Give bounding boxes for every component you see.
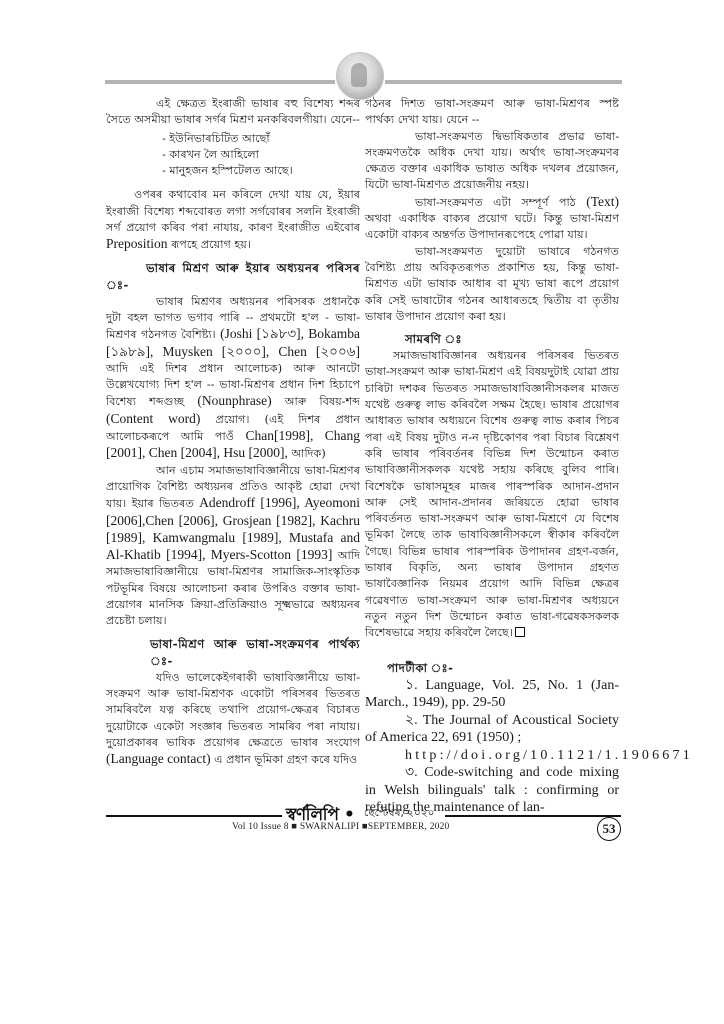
example-item: - ইউনিভাৰচিটিত আছোঁ <box>162 131 360 147</box>
footnote-item: ১. Language, Vol. 25, No. 1 (Jan-March.,… <box>365 677 619 712</box>
left-column: এই ক্ষেত্ৰত ইংৰাজী ভাষাৰ বহু বিশেষ্য শব্… <box>106 96 360 768</box>
header-rule-left <box>105 80 335 84</box>
example-item: - কাৰখন লৈ আহিলো <box>162 147 360 163</box>
difference-point-1: ভাষা-সংক্ৰমণত দ্বিভাষিকতাৰ প্ৰভাৱ ভাষা-স… <box>365 129 619 194</box>
issue-meta: Vol 10 Issue 8 ■ SWARNALIPI ■SEPTEMBER, … <box>232 822 450 832</box>
difference-paragraph: যদিও ভালেকেইগৰাকী ভাষাবিজ্ঞানীয়ে ভাষা-স… <box>106 670 360 769</box>
continuation-paragraph: গঠনৰ দিশত ভাষা-সংক্ৰমণ আৰু ভাষা-মিশ্ৰণৰ … <box>365 96 619 129</box>
right-column: গঠনৰ দিশত ভাষা-সংক্ৰমণ আৰু ভাষা-মিশ্ৰণৰ … <box>365 96 619 817</box>
scope-paragraph-1: ভাষাৰ মিশ্ৰণৰ অধ্যয়নৰ পৰিসৰক প্ৰধানকৈ দ… <box>106 294 360 463</box>
example-item: - মানুহজন হস্পিটেলত আছে। <box>162 163 360 179</box>
difference-point-2: ভাষা-সংক্ৰমণত এটা সম্পূৰ্ণ পাঠ (Text) অথ… <box>365 194 619 244</box>
conclusion-heading: সামৰণি ঃ <box>365 331 619 348</box>
section-heading-scope: ভাষাৰ মিশ্ৰণ আৰু ইয়াৰ অধ্যয়নৰ পৰিসৰ ঃ- <box>106 260 360 294</box>
meditating-figure-emblem-icon <box>336 52 384 100</box>
example-list: - ইউনিভাৰচিটিত আছোঁ - কাৰখন লৈ আহিলো - ম… <box>162 131 360 180</box>
page-number: 53 <box>597 817 621 841</box>
difference-point-3: ভাষা-সংক্ৰমণত দুয়োটা ভাষাৰে গঠনগত বৈশিষ… <box>365 244 619 325</box>
footnotes-heading: পাদটীকা ঃ- <box>365 660 619 677</box>
footer-rule-right <box>445 815 621 817</box>
scope-paragraph-2: আন এচাম সমাজভাষাবিজ্ঞানীয়ে ভাষা-মিশ্ৰণৰ… <box>106 463 360 630</box>
conclusion-paragraph: সমাজভাষাবিজ্ঞানৰ অধ্যয়নৰ পৰিসৰৰ ভিতৰত ভ… <box>365 348 619 641</box>
observation-paragraph: ওপৰৰ কথাবোৰ মন কৰিলে দেখা যায় যে, ইয়াৰ… <box>106 187 360 253</box>
intro-paragraph: এই ক্ষেত্ৰত ইংৰাজী ভাষাৰ বহু বিশেষ্য শব্… <box>106 96 360 129</box>
footer-rule-left <box>106 815 282 817</box>
end-of-article-box-icon <box>515 627 525 637</box>
section-heading-difference: ভাষা-মিশ্ৰণ আৰু ভাষা-সংক্ৰমণৰ পাৰ্থক্য ঃ… <box>106 636 360 670</box>
issue-date: ছেপ্টেম্বৰ, ২০২০ <box>364 806 435 823</box>
footnotes-list: ১. Language, Vol. 25, No. 1 (Jan-March.,… <box>365 677 619 817</box>
footnote-item: ২. The Journal of Acoustical Society of … <box>365 712 619 747</box>
footnote-doi-link[interactable]: http://doi.org/10.1121/1.1906671 <box>365 747 619 765</box>
header-rule-right <box>385 80 622 84</box>
